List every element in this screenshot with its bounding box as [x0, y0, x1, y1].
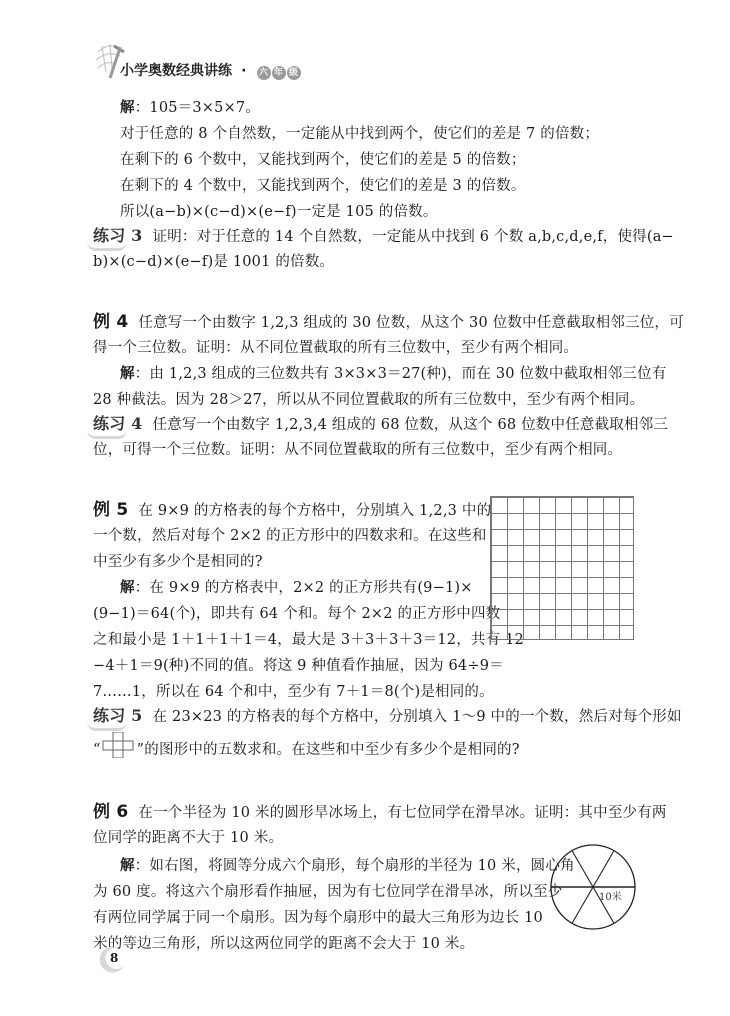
- radius-label: 10米: [599, 888, 622, 903]
- example-6-solution: 解：如右图，将圆等分成六个扇形，每个扇形的半径为 10 米，圆心角: [120, 856, 575, 876]
- practice-4-label: 练习 4: [93, 414, 143, 433]
- book-title: 小学奥数经典讲练: [120, 63, 232, 79]
- practice-3-label: 练习 3: [93, 226, 143, 245]
- example-6-solution-line: 有两位同学属于同一个扇形。因为每个扇形中的最大三角形为边长 10: [93, 908, 543, 928]
- example-5-solution-line: 之和最小是 1＋1＋1＋1＝4，最大是 3＋3＋3＋3＝12，共有 12: [93, 630, 524, 650]
- solution-line: 在剩下的 4 个数中，又能找到两个，使它们的差是 3 的倍数。: [120, 176, 526, 196]
- running-header: 小学奥数经典讲练 · 六年级: [120, 60, 301, 80]
- grid-9x9-figure: [490, 496, 634, 640]
- example-5-line: 中至少有多少个是相同的?: [93, 552, 263, 572]
- example-5-solution-line: (9−1)＝64(个)，即共有 64 个和。每个 2×2 的正方形中四数: [93, 604, 500, 624]
- example-4-label: 例 4: [93, 312, 128, 332]
- solution-label: 解: [120, 580, 135, 596]
- solution-label: 解: [120, 858, 135, 874]
- example-5: 例 5在 9×9 的方格表的每个方格中，分别填入 1,2,3 中的: [93, 500, 491, 521]
- practice-5: 练习 5在 23×23 的方格表的每个方格中，分别填入 1～9 中的一个数，然后…: [93, 706, 682, 727]
- practice-3: 练习 3证明：对于任意的 14 个自然数，一定能从中找到 6 个数 a,b,c,…: [93, 226, 674, 247]
- example-4: 例 4任意写一个由数字 1,2,3 组成的 30 位数，从这个 30 位数中任意…: [93, 312, 684, 333]
- practice-3-line: b)×(c−d)×(e−f)是 1001 的倍数。: [93, 252, 334, 272]
- grade-badge-1: 六: [257, 66, 271, 80]
- example-6-label: 例 6: [93, 802, 128, 822]
- example-6: 例 6在一个半径为 10 米的圆形旱冰场上，有七位同学在滑旱冰。证明：其中至少有…: [93, 802, 667, 823]
- example-5-label: 例 5: [93, 500, 128, 520]
- practice-4: 练习 4任意写一个由数字 1,2,3,4 组成的 68 位数，从这个 68 位数…: [93, 414, 668, 435]
- solution-label: 解: [120, 100, 135, 116]
- example-4-solution-line: 28 种截法。因为 28＞27，所以从不同位置截取的所有三位数中，至少有两个相同…: [93, 390, 644, 410]
- example-5-solution: 解：在 9×9 的方格表中，2×2 的正方形共有(9−1)×: [120, 578, 473, 598]
- example-6-solution-line: 米的等边三角形，所以这两位同学的距离不会大于 10 米。: [93, 934, 474, 954]
- header-separator: ·: [241, 63, 246, 79]
- solution-line: 对于任意的 8 个自然数，一定能从中找到两个，使它们的差是 7 的倍数；: [120, 124, 599, 144]
- practice-4-line: 位，可得一个三位数。证明：从不同位置截取的所有三位数中，至少有两个相同。: [93, 440, 622, 460]
- grade-badge-3: 级: [287, 66, 301, 80]
- example-6-solution-line: 为 60 度。将这六个扇形看作抽屉，因为有七位同学在滑旱冰，所以至少: [93, 882, 562, 902]
- solution-line: 解：105＝3×5×7。: [120, 98, 260, 118]
- page-number-badge: 8: [96, 944, 126, 974]
- cross-shape-icon: [101, 736, 137, 762]
- solution-line: 所以(a−b)×(c−d)×(e−f)一定是 105 的倍数。: [120, 202, 438, 222]
- circle-six-sectors-figure: 10米: [548, 842, 638, 932]
- example-4-line: 得一个三位数。证明：从不同位置截取的所有三位数中，至少有两个相同。: [93, 338, 578, 358]
- example-4-solution: 解：由 1,2,3 组成的三位数共有 3×3×3＝27(种)，而在 30 位数中…: [120, 364, 667, 384]
- practice-5-line: “ ”的图形中的五数求和。在这些和中至少有多少个是相同的?: [93, 736, 520, 762]
- example-5-solution-line: −4＋1＝9(种)不同的值。将这 9 种值看作抽屉，因为 64÷9＝: [93, 656, 504, 676]
- example-5-solution-line: 7……1，所以在 64 个和中，至少有 7＋1＝8(个)是相同的。: [93, 682, 494, 702]
- grade-badge-2: 年: [272, 66, 286, 80]
- practice-5-label: 练习 5: [93, 706, 143, 725]
- example-6-line: 位同学的距离不大于 10 米。: [93, 828, 283, 848]
- solution-label: 解: [120, 366, 135, 382]
- page-number: 8: [110, 951, 118, 965]
- solution-line: 在剩下的 6 个数中，又能找到两个，使它们的差是 5 的倍数；: [120, 150, 526, 170]
- example-5-line: 一个数，然后对每个 2×2 的正方形中的四数求和。在这些和: [93, 526, 487, 546]
